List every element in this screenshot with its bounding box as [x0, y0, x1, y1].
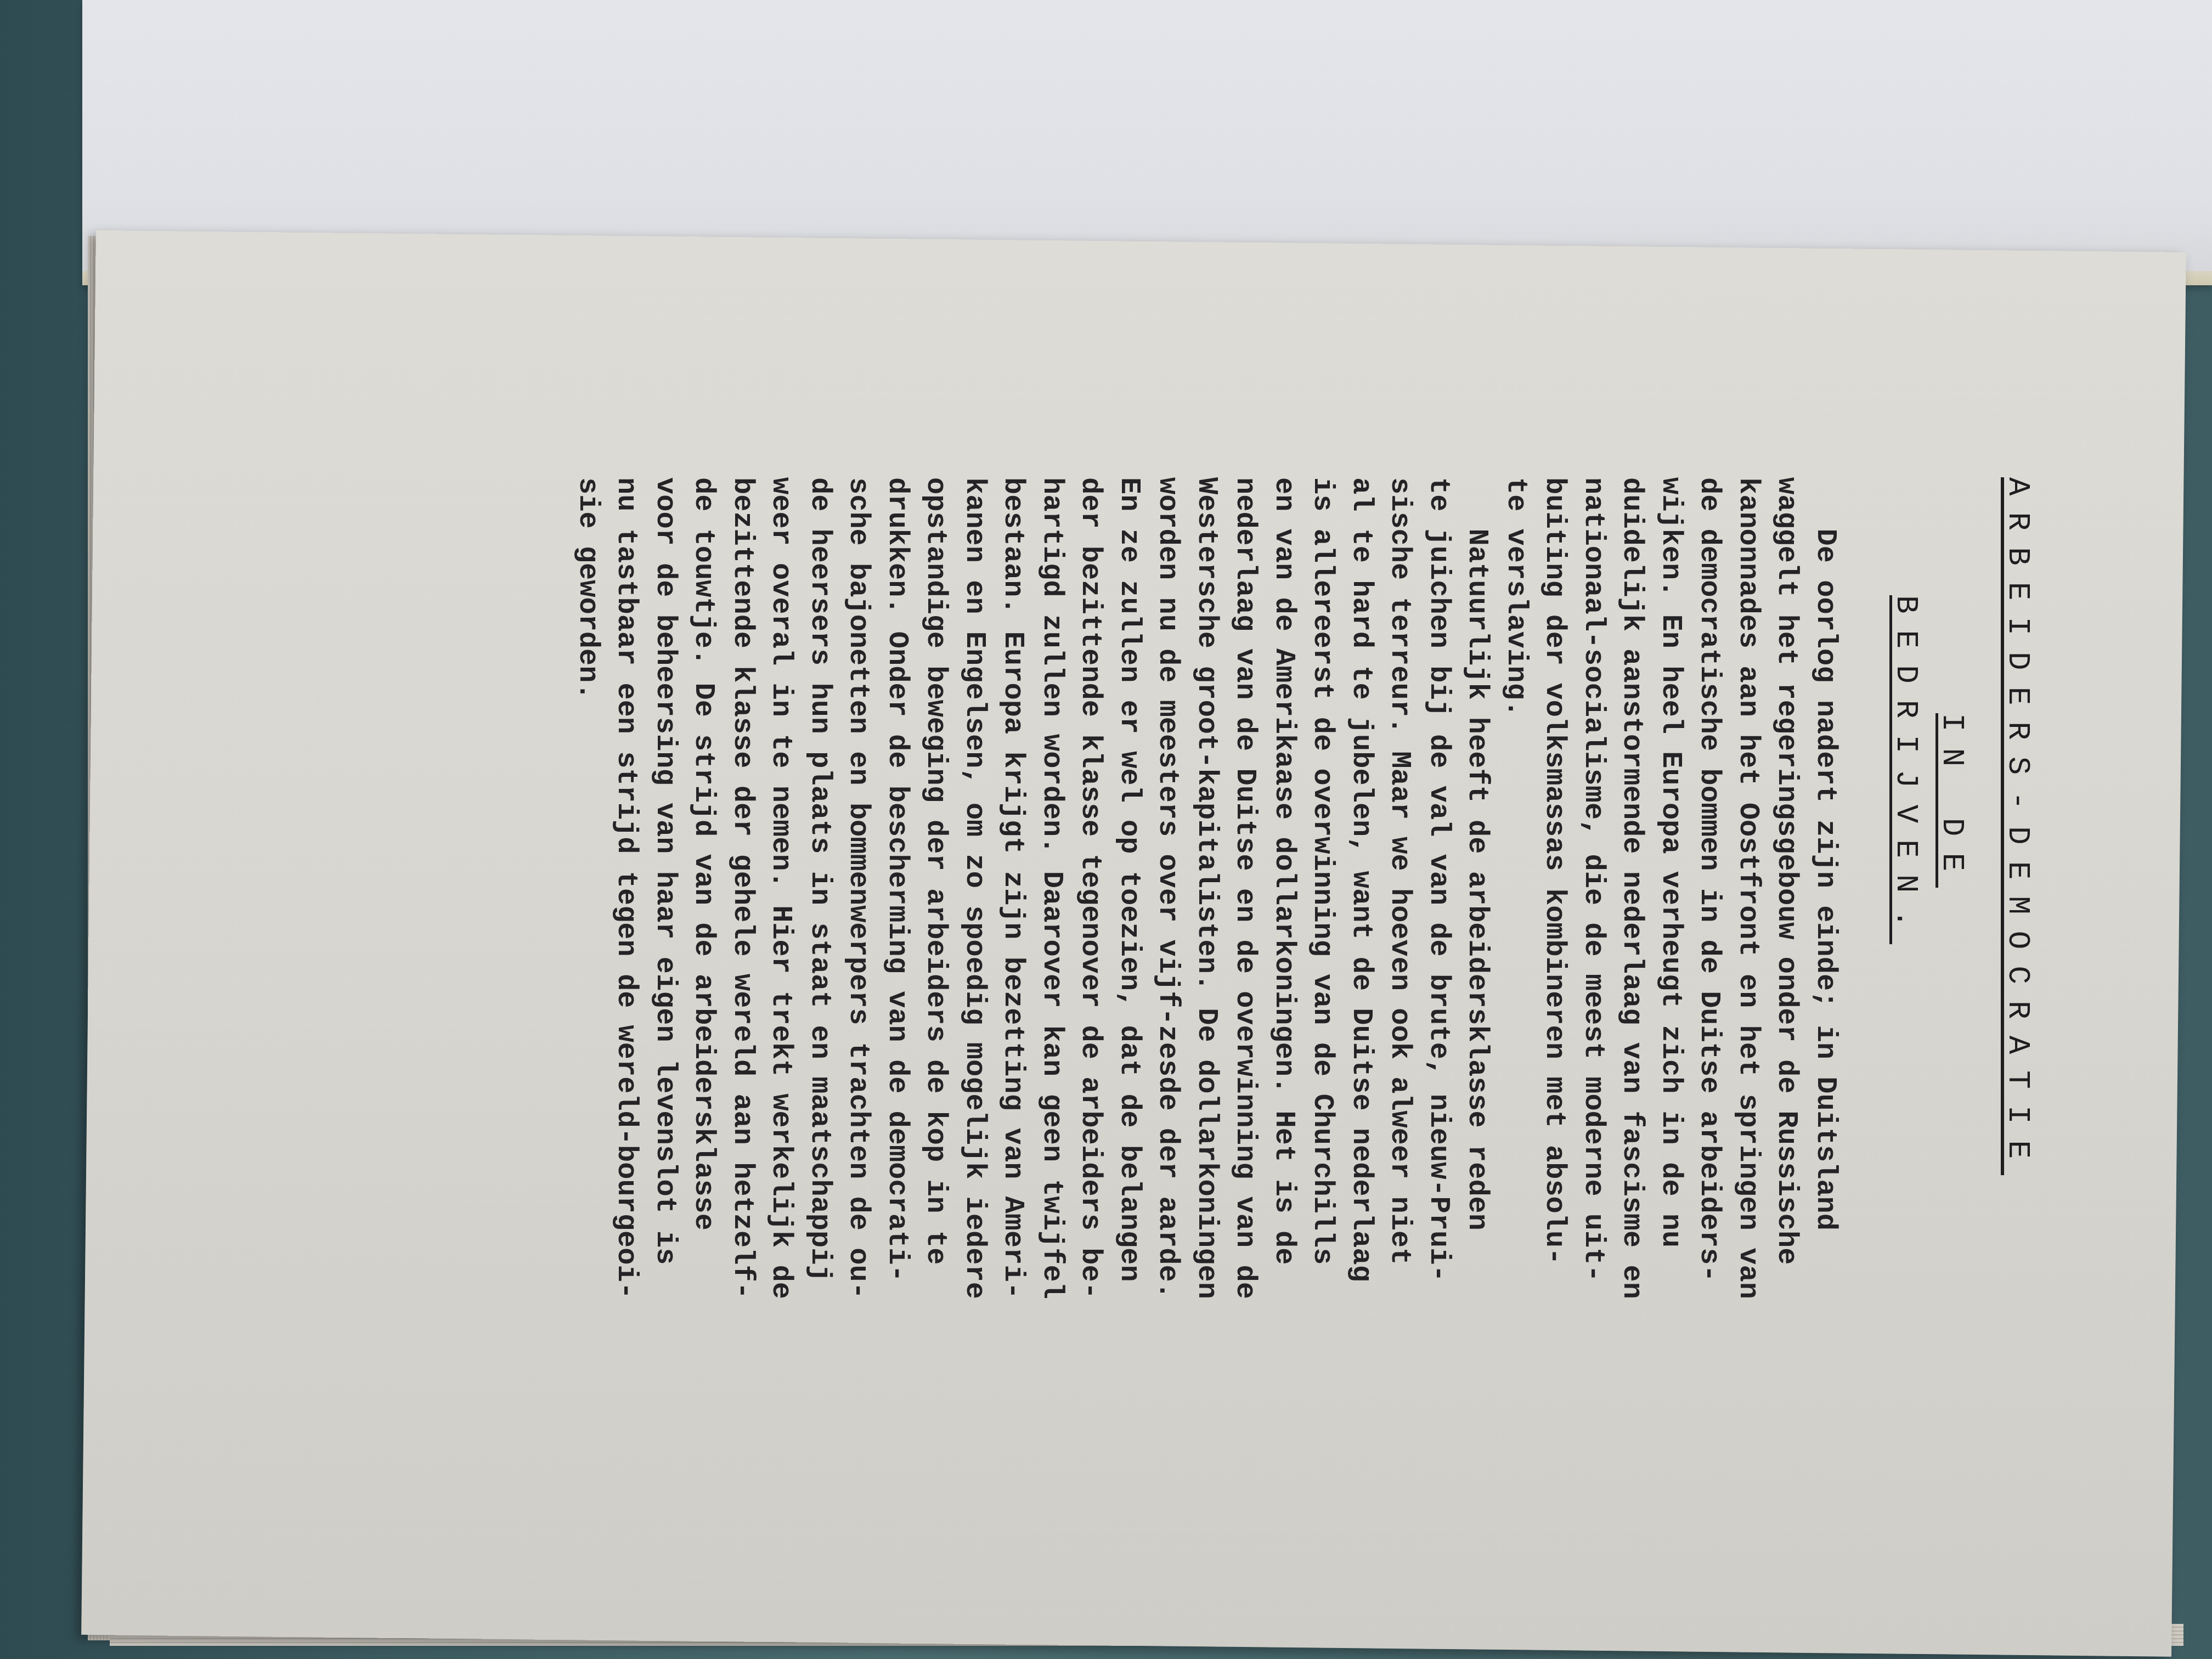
body-line: is allereerst de overwinning van de Chur… — [1303, 477, 1342, 1465]
body-line: En ze zullen er wel op toezien, dat de b… — [1110, 477, 1149, 1465]
document-text: ARBEIDERS-DEMOCRATIE IN DE BEDRIJVEN. De… — [568, 477, 2041, 1465]
document-title: ARBEIDERS-DEMOCRATIE — [1995, 477, 2041, 1465]
body-line: nationaal-socialisme, die de meest moder… — [1574, 477, 1613, 1465]
body-line: al te hard te jubelen, want de Duitse ne… — [1342, 477, 1381, 1465]
body-line: en van de Amerikaase dollarkoningen. Het… — [1265, 477, 1304, 1465]
body-line: weer overal in te nemen. Hier trekt werk… — [761, 477, 800, 1465]
body-line: bestaan. Europa krijgt zijn bezetting va… — [994, 477, 1032, 1465]
body-line: bezittende klasse der gehele wereld aan … — [723, 477, 762, 1465]
document-subtitle-line2: BEDRIJVEN. — [1883, 477, 1929, 1465]
body-line: De oorlog nadert zijn einde; in Duitslan… — [1806, 477, 1845, 1465]
body-line: waggelt het regeringsgebouw onder de Rus… — [1767, 477, 1806, 1465]
body-line: Westersche groot-kapitalisten. De dollar… — [1187, 477, 1226, 1465]
body-line: sische terreur. Maar we hoeven ook alwee… — [1380, 477, 1419, 1465]
body-line: te verslaving. — [1497, 477, 1536, 1465]
document-body: De oorlog nadert zijn einde; in Duitslan… — [568, 477, 1845, 1465]
body-line: de democratische bommen in de Duitse arb… — [1690, 477, 1729, 1465]
body-line: buiting der volksmassas kombineren met a… — [1535, 477, 1574, 1465]
body-line: de touwtje. De strijd van de arbeiderskl… — [684, 477, 723, 1465]
body-line: Natuurlijk heeft de arbeidersklasse rede… — [1458, 477, 1497, 1465]
body-line: nu tastbaar een strijd tegen de wereld-b… — [607, 477, 646, 1465]
body-line: hartigd zullen worden. Daarover kan geen… — [1032, 477, 1071, 1465]
body-line: wijken. En heel Europa verheugt zich in … — [1651, 477, 1690, 1465]
body-line: duidelijk aanstormende nederlaag van fas… — [1612, 477, 1651, 1465]
body-line: voor de beheersing van haar eigen levens… — [646, 477, 685, 1465]
body-line: der bezittende klasse tegenover de arbei… — [1071, 477, 1110, 1465]
body-line: drukken. Onder de bescherming van de dem… — [878, 477, 917, 1465]
body-line: te juichen bij de val van de brute, nieu… — [1419, 477, 1458, 1465]
body-line: opstandige beweging der arbeiders de kop… — [916, 477, 955, 1465]
body-line: nederlaag van de Duitse en de overwinnin… — [1226, 477, 1265, 1465]
body-line: kanen en Engelsen, om zo spoedig mogelij… — [955, 477, 994, 1465]
body-line: sche bajonetten en bommenwerpers trachte… — [839, 477, 878, 1465]
body-line: de heersers hun plaats in staat en maats… — [800, 477, 839, 1465]
document-subtitle-line1: IN DE — [1929, 477, 1975, 1465]
body-line: sie geworden. — [568, 477, 607, 1465]
body-line: worden nu de meesters over vijf-zesde de… — [1148, 477, 1187, 1465]
body-line: kanonnades aan het Oostfront en het spri… — [1729, 477, 1768, 1465]
